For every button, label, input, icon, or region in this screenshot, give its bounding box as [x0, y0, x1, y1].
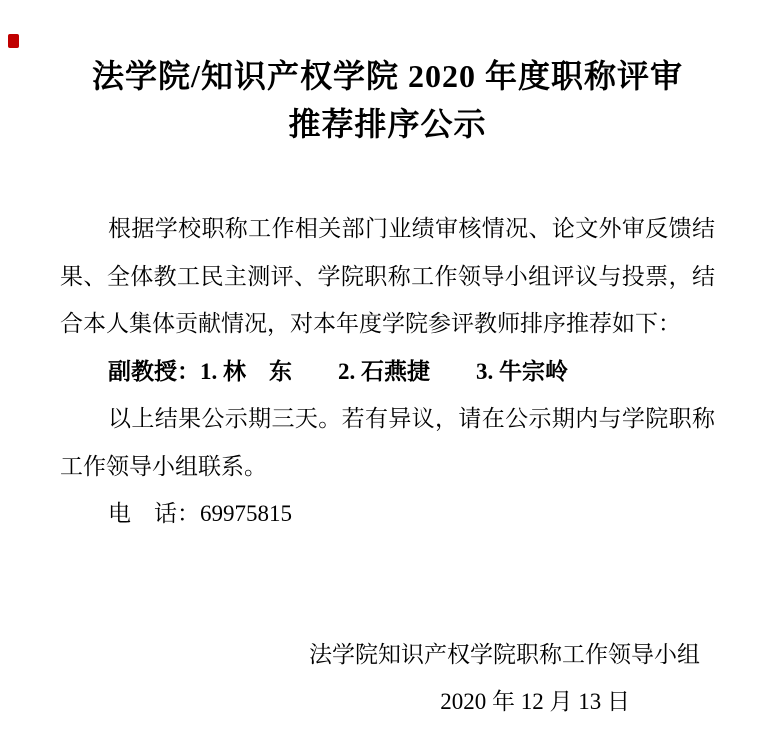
document-page: 法学院/知识产权学院 2020 年度职称评审 推荐排序公示 根据学校职称工作相关…: [0, 0, 775, 755]
title-line-2: 推荐排序公示: [30, 100, 745, 148]
signature-date: 2020 年 12 月 13 日: [60, 678, 715, 726]
phone-line: 电 话：69975815: [60, 490, 715, 538]
paragraph1-line3: 合本人集体贡献情况，对本年度学院参评教师排序推荐如下：: [60, 300, 715, 348]
title-line-1: 法学院/知识产权学院 2020 年度职称评审: [30, 52, 745, 100]
paragraph1-line1: 根据学校职称工作相关部门业绩审核情况、论文外审反馈结: [60, 205, 715, 253]
signature-org: 法学院知识产权学院职称工作领导小组: [60, 631, 715, 679]
paragraph2-line1: 以上结果公示期三天。若有异议，请在公示期内与学院职称: [60, 395, 715, 443]
red-marker: [8, 34, 19, 48]
paragraph1-line2: 果、全体教工民主测评、学院职称工作领导小组评议与投票，结: [60, 253, 715, 301]
notice-body: 根据学校职称工作相关部门业绩审核情况、论文外审反馈结 果、全体教工民主测评、学院…: [60, 205, 715, 538]
ranking-line: 副教授：1. 林 东 2. 石燕捷 3. 牛宗岭: [60, 348, 715, 396]
signature-block: 法学院知识产权学院职称工作领导小组 2020 年 12 月 13 日: [60, 631, 715, 726]
notice-title: 法学院/知识产权学院 2020 年度职称评审 推荐排序公示: [30, 52, 745, 148]
paragraph2-line2: 工作领导小组联系。: [60, 443, 715, 491]
